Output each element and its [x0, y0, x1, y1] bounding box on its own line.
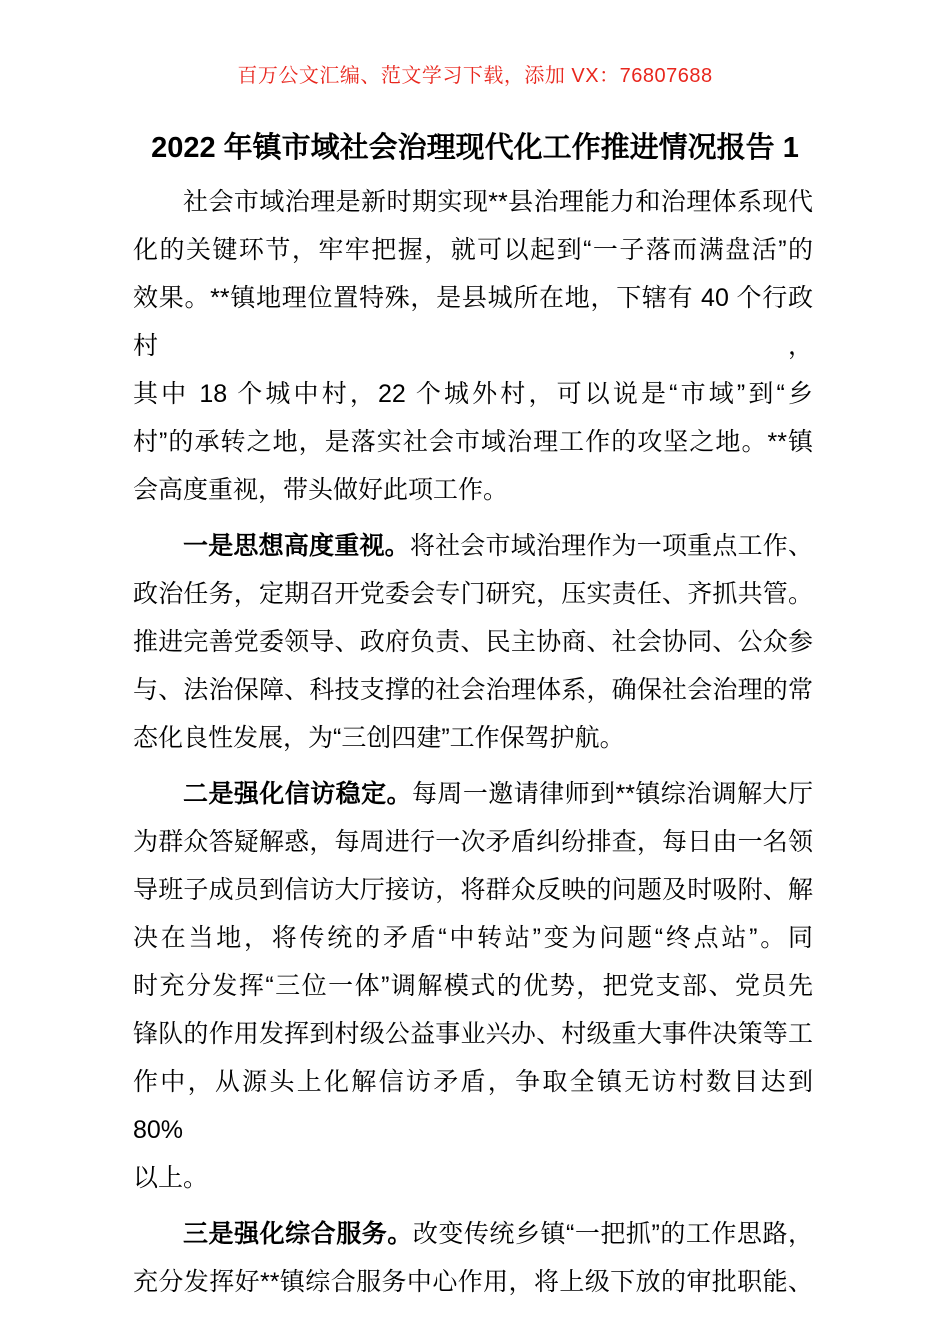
paragraph: 一是思想高度重视。将社会市域治理作为一项重点工作、政治任务，定期召开党委会专门研…	[133, 522, 813, 762]
text-line: 社会市域治理是新时期实现**县治理能力和治理体系现代	[133, 178, 813, 226]
text-line: 村”的承转之地，是落实社会市域治理工作的攻坚之地。**镇	[133, 418, 813, 466]
bold-lead: 一是思想高度重视。	[183, 532, 410, 560]
bold-lead: 三是强化综合服务。	[183, 1220, 413, 1248]
text-line: 一是思想高度重视。将社会市域治理作为一项重点工作、	[133, 522, 813, 570]
text-line: 化的关键环节，牢牢把握，就可以起到“一子落而满盘活”的	[133, 226, 813, 274]
document-page: 百万公文汇编、范文学习下载，添加 VX：76807688 2022 年镇市域社会…	[0, 0, 950, 1344]
text-line: 与、法治保障、科技支撑的社会治理体系，确保社会治理的常	[133, 666, 813, 714]
text-line: 政治任务，定期召开党委会专门研究，压实责任、齐抓共管。	[133, 570, 813, 618]
text-line: 作中，从源头上化解信访矛盾，争取全镇无访村数目达到 80%	[133, 1058, 813, 1154]
text-line: 态化良性发展，为“三创四建”工作保驾护航。	[133, 714, 813, 762]
text-line: 以上。	[133, 1154, 813, 1202]
text-line: 决在当地，将传统的矛盾“中转站”变为问题“终点站”。同	[133, 914, 813, 962]
text-line: 三是强化综合服务。改变传统乡镇“一把抓”的工作思路，	[133, 1210, 813, 1258]
paragraph: 二是强化信访稳定。每周一邀请律师到**镇综治调解大厅为群众答疑解惑，每周进行一次…	[133, 770, 813, 1202]
paragraph: 社会市域治理是新时期实现**县治理能力和治理体系现代化的关键环节，牢牢把握，就可…	[133, 178, 813, 514]
text-line: 充分发挥好**镇综合服务中心作用，将上级下放的审批职能、	[133, 1258, 813, 1306]
document-title: 2022 年镇市域社会治理现代化工作推进情况报告 1	[0, 130, 950, 166]
text-line: 二是强化信访稳定。每周一邀请律师到**镇综治调解大厅	[133, 770, 813, 818]
promo-notice: 百万公文汇编、范文学习下载，添加 VX：76807688	[0, 0, 950, 90]
text-line: 锋队的作用发挥到村级公益事业兴办、村级重大事件决策等工	[133, 1010, 813, 1058]
paragraph: 三是强化综合服务。改变传统乡镇“一把抓”的工作思路，充分发挥好**镇综合服务中心…	[133, 1210, 813, 1306]
document-body: 社会市域治理是新时期实现**县治理能力和治理体系现代化的关键环节，牢牢把握，就可…	[133, 178, 813, 1306]
text-line: 效果。**镇地理位置特殊，是县城所在地，下辖有 40 个行政村，	[133, 274, 813, 370]
text-line: 为群众答疑解惑，每周进行一次矛盾纠纷排查，每日由一名领	[133, 818, 813, 866]
text-line: 推进完善党委领导、政府负责、民主协商、社会协同、公众参	[133, 618, 813, 666]
bold-lead: 二是强化信访稳定。	[183, 780, 412, 808]
text-line: 其中 18 个城中村，22 个城外村，可以说是“市域”到“乡	[133, 370, 813, 418]
text-line: 导班子成员到信访大厅接访，将群众反映的问题及时吸附、解	[133, 866, 813, 914]
text-line: 时充分发挥“三位一体”调解模式的优势，把党支部、党员先	[133, 962, 813, 1010]
text-line: 会高度重视，带头做好此项工作。	[133, 466, 813, 514]
